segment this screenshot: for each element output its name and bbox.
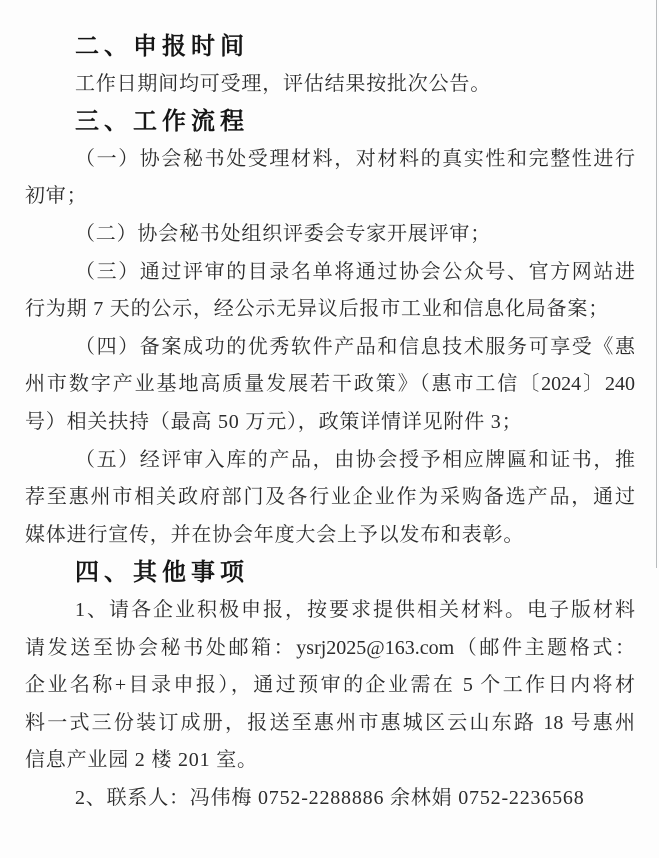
text-line: 企业名称+目录申报），通过预审的企业需在 5 个工作日内将材 <box>25 667 635 705</box>
text-line: （二）协会秘书处组织评委会专家开展评审； <box>25 216 635 254</box>
text-line: 媒体进行宣传，并在协会年度大会上予以发布和表彰。 <box>25 517 635 555</box>
section-heading: 三、工作流程 <box>25 103 635 141</box>
text-line: （三）通过评审的目录名单将通过协会公众号、官方网站进 <box>25 254 635 292</box>
paragraph: （三）通过评审的目录名单将通过协会公众号、官方网站进行为期 7 天的公示，经公示… <box>25 254 635 329</box>
section-heading: 二、申报时间 <box>25 28 635 66</box>
paragraph: （四）备案成功的优秀软件产品和信息技术服务可享受《惠州市数字产业基地高质量发展若… <box>25 329 635 442</box>
paragraph: （五）经评审入库的产品，由协会授予相应牌匾和证书，推荐至惠州市相关政府部门及各行… <box>25 442 635 555</box>
paragraph: 1、请各企业积极申报，按要求提供相关材料。电子版材料请发送至协会秘书处邮箱：ys… <box>25 592 635 780</box>
text-line: 请发送至协会秘书处邮箱：ysrj2025@163.com（邮件主题格式： <box>25 630 635 668</box>
text-line: 工作日期间均可受理，评估结果按批次公告。 <box>25 66 635 104</box>
document-page: 二、申报时间工作日期间均可受理，评估结果按批次公告。三、工作流程（一）协会秘书处… <box>0 0 659 858</box>
text-line: 初审； <box>25 178 635 216</box>
notice-text-body: 二、申报时间工作日期间均可受理，评估结果按批次公告。三、工作流程（一）协会秘书处… <box>25 28 635 817</box>
text-line: 2、联系人：冯伟梅 0752-2288886 余林娟 0752-2236568 <box>25 780 635 818</box>
text-line: 1、请各企业积极申报，按要求提供相关材料。电子版材料 <box>25 592 635 630</box>
text-line: （五）经评审入库的产品，由协会授予相应牌匾和证书，推 <box>25 442 635 480</box>
paragraph: （一）协会秘书处受理材料，对材料的真实性和完整性进行初审； <box>25 141 635 216</box>
text-line: 信息产业园 2 楼 201 室。 <box>25 742 635 780</box>
text-line: 号）相关扶持（最高 50 万元），政策详情详见附件 3； <box>25 404 635 442</box>
scan-artifact-line <box>656 0 657 568</box>
text-line: （一）协会秘书处受理材料，对材料的真实性和完整性进行 <box>25 141 635 179</box>
text-line: 行为期 7 天的公示，经公示无异议后报市工业和信息化局备案； <box>25 291 635 329</box>
text-line: 荐至惠州市相关政府部门及各行业企业作为采购备选产品，通过 <box>25 479 635 517</box>
text-line: 料一式三份装订成册，报送至惠州市惠城区云山东路 18 号惠州 <box>25 705 635 743</box>
paragraph: 2、联系人：冯伟梅 0752-2288886 余林娟 0752-2236568 <box>25 780 635 818</box>
paragraph: 工作日期间均可受理，评估结果按批次公告。 <box>25 66 635 104</box>
text-line: （四）备案成功的优秀软件产品和信息技术服务可享受《惠 <box>25 329 635 367</box>
paragraph: （二）协会秘书处组织评委会专家开展评审； <box>25 216 635 254</box>
section-heading: 四、其他事项 <box>25 554 635 592</box>
text-line: 州市数字产业基地高质量发展若干政策》（惠市工信〔2024〕240 <box>25 366 635 404</box>
